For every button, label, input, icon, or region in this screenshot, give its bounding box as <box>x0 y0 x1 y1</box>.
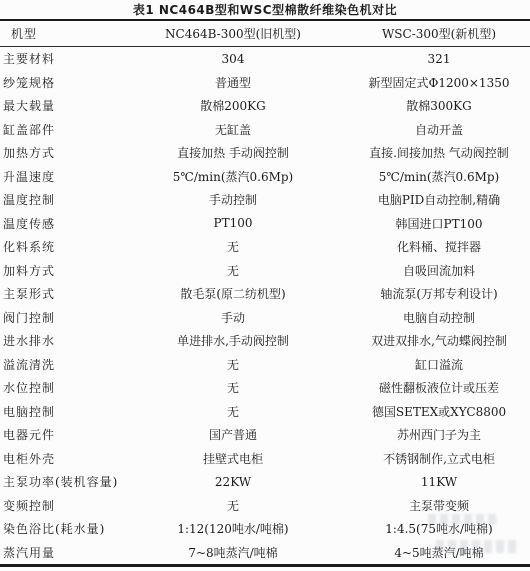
old-model-value: 无 <box>118 403 348 420</box>
row-label: 电柜外壳 <box>0 450 118 467</box>
old-model-value: 手动控制 <box>118 191 348 208</box>
old-model-value: 304 <box>118 52 348 66</box>
table-row: 加热方式 直接加热 手动阀控制 直接.间接加热 气动阀控制 <box>0 141 530 165</box>
old-model-value: 单进排水,手动阀控制 <box>118 332 348 349</box>
table-row: 纱笼规格 普通型 新型固定式Φ1200×1350 <box>0 71 530 95</box>
table-title: 表1 NC464B型和WSC型棉散纤维染色机对比 <box>0 0 530 19</box>
table-row: 阀门控制 手动 电脑自动控制 <box>0 306 530 330</box>
old-model-value: 散毛泵(原二纺机型) <box>118 285 348 302</box>
table-row: 温度传感 PT100 韩国进口PT100 <box>0 212 530 236</box>
new-model-value: 直接.间接加热 气动阀控制 <box>348 144 530 161</box>
table-row: 主泵形式 散毛泵(原二纺机型) 轴流泵(万邦专利设计) <box>0 282 530 306</box>
old-model-value: 无 <box>118 356 348 373</box>
old-model-value: 手动 <box>118 309 348 326</box>
table-body: 主要材料 304 321 纱笼规格 普通型 新型固定式Φ1200×1350 最大… <box>0 47 530 564</box>
row-label: 阀门控制 <box>0 309 118 326</box>
new-model-value: 电脑自动控制 <box>348 309 530 326</box>
row-label: 电脑控制 <box>0 403 118 420</box>
table-row: 升温速度 5℃/min(蒸汽0.6Mp) 5℃/min(蒸汽0.6Mp) <box>0 165 530 189</box>
row-label: 升温速度 <box>0 168 118 185</box>
row-label: 纱笼规格 <box>0 74 118 91</box>
old-model-value: 无 <box>118 379 348 396</box>
row-label: 加料方式 <box>0 262 118 279</box>
old-model-value: 无 <box>118 497 348 514</box>
row-label: 溢流清洗 <box>0 356 118 373</box>
row-label: 温度传感 <box>0 215 118 232</box>
old-model-value: 1:12(120吨水/吨棉) <box>118 520 348 537</box>
new-model-value: 双进双排水,气动蝶阀控制 <box>348 332 530 349</box>
row-label: 染色浴比(耗水量) <box>0 520 118 537</box>
table-row: 电柜外壳 挂壁式电柜 不锈钢制作,立式电柜 <box>0 447 530 471</box>
old-model-value: PT100 <box>118 216 348 230</box>
new-model-value: 自动开盖 <box>348 121 530 138</box>
row-label: 进水排水 <box>0 332 118 349</box>
table-row: 电器元件 国产普通 苏州西门子为主 <box>0 423 530 447</box>
row-label: 水位控制 <box>0 379 118 396</box>
new-model-value: 主泵带变频 <box>348 497 530 514</box>
old-model-value: 22KW <box>118 475 348 489</box>
new-model-value: 化料桶、搅拌器 <box>348 238 530 255</box>
new-model-value: 电脑PID自动控制,精确 <box>348 191 530 208</box>
table-row: 变频控制 无 主泵带变频 <box>0 494 530 518</box>
table-row: 电脑控制 无 德国SETEX或XYC8800 <box>0 400 530 424</box>
row-label: 温度控制 <box>0 191 118 208</box>
new-model-value: 1:4.5(75吨水/吨棉) <box>348 520 530 537</box>
new-model-value: 缸口溢流 <box>348 356 530 373</box>
row-label: 主泵形式 <box>0 285 118 302</box>
row-label: 电器元件 <box>0 426 118 443</box>
table-row: 温度控制 手动控制 电脑PID自动控制,精确 <box>0 188 530 212</box>
table-header-row: 机型 NC464B-300型(旧机型) WSC-300型(新机型) <box>0 21 530 47</box>
new-model-value: 散棉300KG <box>348 97 530 114</box>
row-label: 加热方式 <box>0 144 118 161</box>
new-model-value: 磁性翻板液位计或压差 <box>348 379 530 396</box>
new-model-value: 韩国进口PT100 <box>348 215 530 232</box>
new-model-value: 4~5吨蒸汽/吨棉 <box>348 544 530 561</box>
table-row: 化料系统 无 化料桶、搅拌器 <box>0 235 530 259</box>
table-row: 加料方式 无 自吸回流加料 <box>0 259 530 283</box>
comparison-table: 机型 NC464B-300型(旧机型) WSC-300型(新机型) 主要材料 3… <box>0 19 530 567</box>
table-row: 缸盖部件 无缸盖 自动开盖 <box>0 118 530 142</box>
new-model-value: 不锈钢制作,立式电柜 <box>348 450 530 467</box>
table-row: 进水排水 单进排水,手动阀控制 双进双排水,气动蝶阀控制 <box>0 329 530 353</box>
new-model-value: 轴流泵(万邦专利设计) <box>348 285 530 302</box>
row-label: 主泵功率(装机容量) <box>0 473 118 490</box>
new-model-value: 德国SETEX或XYC8800 <box>348 403 530 420</box>
table-row: 蒸汽用量 7~8吨蒸汽/吨棉 4~5吨蒸汽/吨棉 <box>0 541 530 565</box>
row-label: 蒸汽用量 <box>0 544 118 561</box>
row-label: 最大载量 <box>0 97 118 114</box>
old-model-value: 无 <box>118 238 348 255</box>
new-model-value: 新型固定式Φ1200×1350 <box>348 74 530 91</box>
old-model-value: 普通型 <box>118 74 348 91</box>
old-model-value: 无 <box>118 262 348 279</box>
old-model-value: 挂壁式电柜 <box>118 450 348 467</box>
old-model-value: 国产普通 <box>118 426 348 443</box>
row-label: 缸盖部件 <box>0 121 118 138</box>
new-model-value: 5℃/min(蒸汽0.6Mp) <box>348 168 530 185</box>
table-row: 最大载量 散棉200KG 散棉300KG <box>0 94 530 118</box>
new-model-value: 321 <box>348 52 530 66</box>
old-model-value: 散棉200KG <box>118 97 348 114</box>
old-model-value: 直接加热 手动阀控制 <box>118 144 348 161</box>
table-row: 主泵功率(装机容量) 22KW 11KW <box>0 470 530 494</box>
row-label: 化料系统 <box>0 238 118 255</box>
column-header-model: 机型 <box>0 25 118 42</box>
row-label: 变频控制 <box>0 497 118 514</box>
table-row: 水位控制 无 磁性翻板液位计或压差 <box>0 376 530 400</box>
column-header-new-machine: WSC-300型(新机型) <box>348 25 530 42</box>
new-model-value: 苏州西门子为主 <box>348 426 530 443</box>
column-header-old-machine: NC464B-300型(旧机型) <box>118 25 348 42</box>
old-model-value: 7~8吨蒸汽/吨棉 <box>118 544 348 561</box>
row-label: 主要材料 <box>0 50 118 67</box>
table-row: 主要材料 304 321 <box>0 47 530 71</box>
old-model-value: 无缸盖 <box>118 121 348 138</box>
table-row: 染色浴比(耗水量) 1:12(120吨水/吨棉) 1:4.5(75吨水/吨棉) <box>0 517 530 541</box>
new-model-value: 自吸回流加料 <box>348 262 530 279</box>
new-model-value: 11KW <box>348 475 530 489</box>
table-row: 溢流清洗 无 缸口溢流 <box>0 353 530 377</box>
old-model-value: 5℃/min(蒸汽0.6Mp) <box>118 168 348 185</box>
